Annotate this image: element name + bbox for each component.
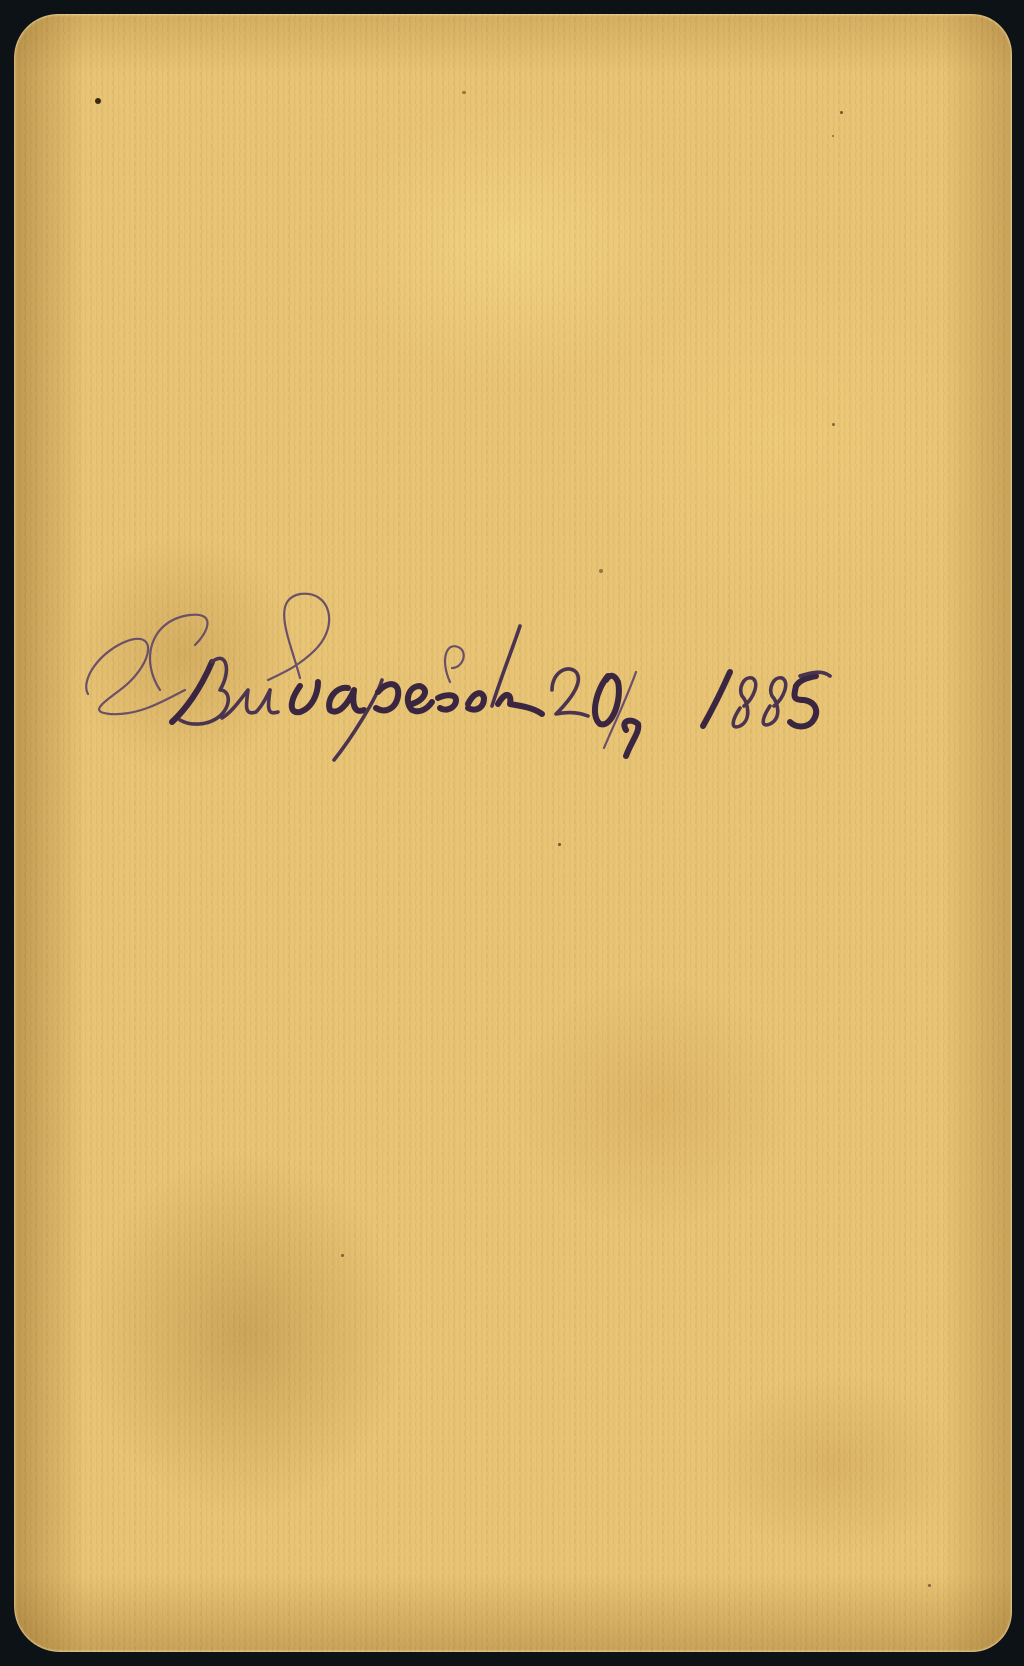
date-day-month bbox=[552, 669, 638, 756]
photo-card-back: Budapest 20/9 1885 bbox=[14, 14, 1012, 1652]
date-year bbox=[703, 672, 830, 727]
inscription-text: Budapest 20/9 1885 bbox=[84, 654, 94, 655]
word-udapest bbox=[222, 594, 542, 760]
handwritten-inscription bbox=[14, 14, 1012, 1652]
letter-B bbox=[86, 615, 228, 724]
